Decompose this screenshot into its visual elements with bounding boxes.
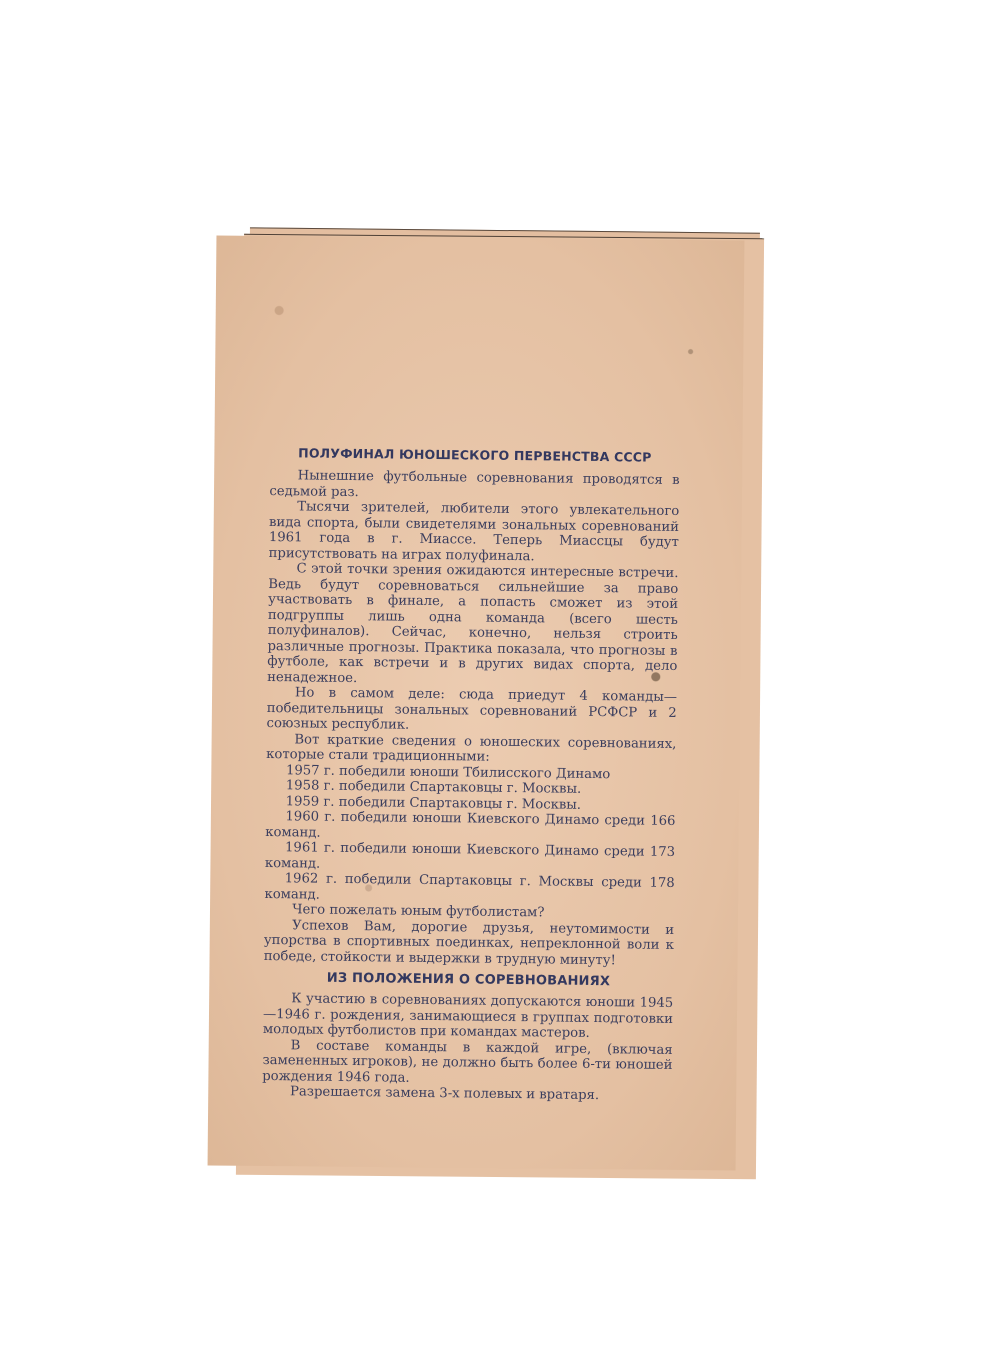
paragraph: Нынешние футбольные соревнования проводя… [269,468,679,504]
rule-paragraph: К участию в соревнованиях допускаются юн… [263,991,674,1043]
document-body: ПОЛУФИНАЛ ЮНОШЕСКОГО ПЕРВЕНСТВА СССР Нын… [262,445,680,1104]
closing-wish: Успехов Вам, дорогие друзья, неутомимост… [264,917,675,969]
paragraph: Вот краткие сведения о юношеских соревно… [266,731,676,767]
paragraph: С этой точки зрения ожидаются интересные… [267,561,678,690]
section-title-rules: ИЗ ПОЛОЖЕНИЯ О СОРЕВНОВАНИЯХ [263,970,673,990]
winner-line: 1962 г. победили Спартаковцы г. Москвы с… [264,871,674,907]
winner-line: 1961 г. победили юноши Киевского Динамо … [265,840,675,876]
rule-paragraph: В составе команды в каждой игре, (включа… [262,1037,673,1089]
paragraph: Тысячи зрителей, любители этого увлекате… [269,499,680,566]
winner-line: 1960 г. победили юноши Киевского Динамо … [265,809,675,845]
paragraph: Но в самом деле: сюда приедут 4 команды—… [266,685,677,737]
